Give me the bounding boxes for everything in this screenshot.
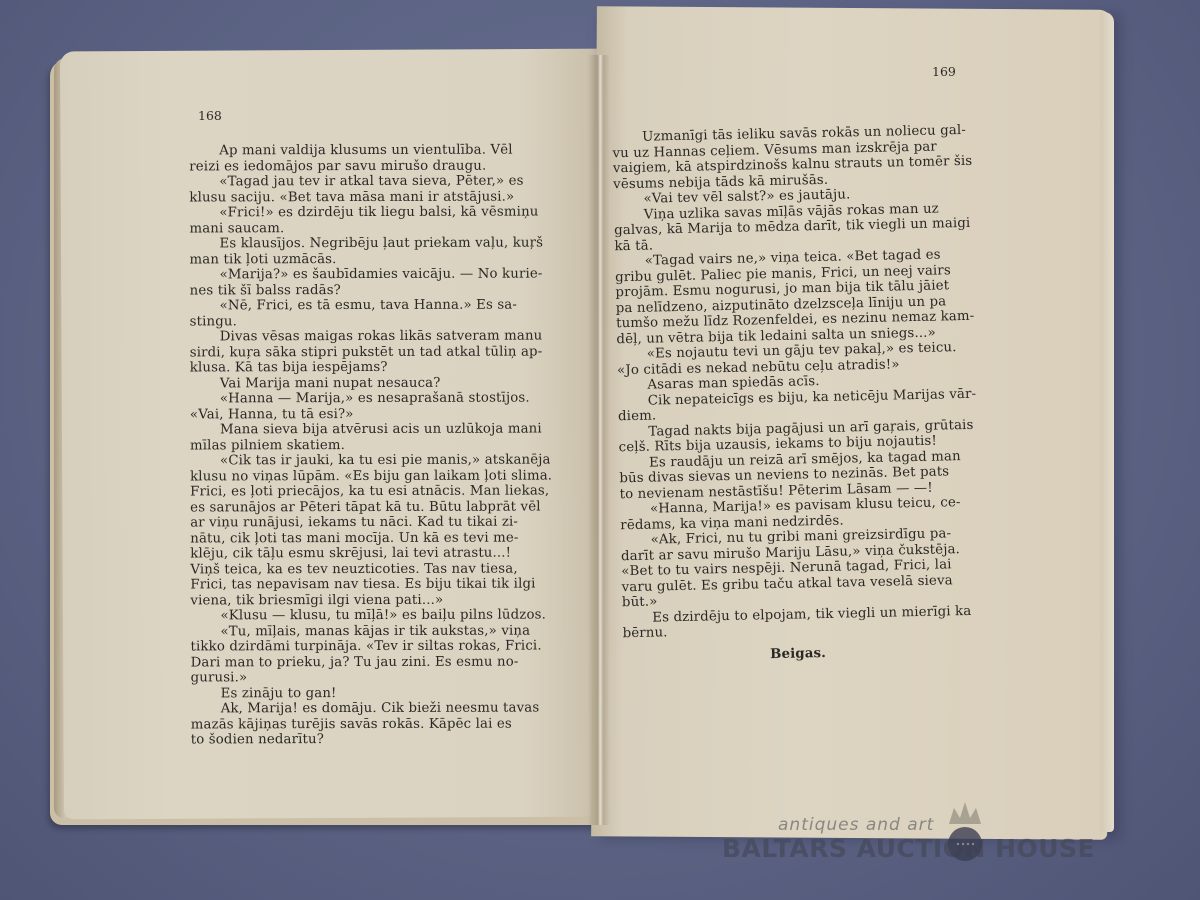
watermark-tagline: antiques and art: [778, 815, 934, 835]
left-page-number: 168: [198, 108, 222, 123]
text-line: Frici, es ļoti priecājos, ka tu esi atnā…: [190, 484, 530, 500]
text-line: «Cik tas ir jauki, ka tu esi pie manis,»…: [190, 453, 530, 469]
text-line: «Hanna — Marija,» es nesaprašanā stostīj…: [190, 391, 530, 407]
open-book: 168 169 Ap mani valdija klusums un vient…: [0, 0, 1200, 900]
text-line: nes tik šī balss radās?: [190, 282, 530, 298]
text-line: Es zināju to gan!: [191, 685, 531, 701]
text-line: mani saucam.: [189, 220, 529, 236]
crown-logo-icon: [946, 800, 984, 862]
text-line: Dari man to prieku, ja? Tu jau zini. Es …: [191, 654, 531, 670]
watermark-name: BALTARS AUCTION HOUSE: [722, 834, 1095, 863]
book-gutter: [588, 55, 610, 825]
right-page-number: 169: [932, 64, 956, 79]
text-line: viena, tik briesmīgi ilgi viena pati...»: [190, 592, 530, 608]
text-line: man tik ļoti uzmācās.: [189, 251, 529, 267]
text-line: mazās kājiņas turējis savās rokās. Kāpēc…: [191, 716, 531, 732]
text-line: Frici, tas nepavisam nav tiesa. Es biju …: [190, 577, 530, 593]
text-line: tikko dzirdāmi turpināja. «Tev ir siltas…: [191, 639, 531, 655]
text-line: ar viņu runājusi, iekams tu nāci. Kad tu…: [190, 515, 530, 531]
text-line: stingu.: [190, 313, 530, 329]
text-line: Es klausījos. Negribēju ļaut priekam vaļ…: [189, 236, 529, 252]
text-line: «Tagad jau tev ir atkal tava sieva, Pēte…: [189, 174, 529, 190]
text-line: klusu saciju. «Bet tava māsa mani ir ats…: [189, 189, 529, 205]
text-line: Viņš teica, ka es tev neuzticoties. Tas …: [190, 561, 530, 577]
text-line: «Frici!» es dzirdēju tik liegu balsi, kā…: [189, 205, 529, 221]
text-line: Vai Marija mani nupat nesauca?: [190, 375, 530, 391]
left-page-text: Ap mani valdija klusums un vientulība. V…: [189, 143, 531, 748]
text-line: gurusi.»: [191, 670, 531, 686]
text-line: «Tu, mīļais, manas kājas ir tik aukstas,…: [190, 623, 530, 639]
text-line: klusa. Kā tas bija iespējams?: [190, 360, 530, 376]
right-page-edge: [1100, 12, 1114, 832]
text-line: «Klusu — klusu, tu mīļā!» es baiļu pilns…: [190, 608, 530, 624]
text-line: Ak, Marija! es domāju. Cik bieži neesmu …: [191, 701, 531, 717]
text-line: mīlas pilniem skatiem.: [190, 437, 530, 453]
text-line: nātu, cik ļoti tas mani mocīja. Un kā es…: [190, 530, 530, 546]
text-line: Mana sieva bija atvērusi acis un uzlūkoj…: [190, 422, 530, 438]
text-line: reizi es iedomājos par savu mirušo draug…: [189, 158, 529, 174]
text-line: «Vai, Hanna, tu tā esi?»: [190, 406, 530, 422]
text-line: «Marija?» es šaubīdamies vaicāju. — No k…: [190, 267, 530, 283]
right-page-text: Uzmanīgi tās ieliku savās rokās un nolie…: [612, 123, 973, 665]
text-line: Ap mani valdija klusums un vientulība. V…: [189, 143, 529, 159]
text-line: to šodien nedarītu?: [191, 732, 531, 748]
text-line: Divas vēsas maigas rokas likās satveram …: [190, 329, 530, 345]
text-line: «Nē, Frici, es tā esmu, tava Hanna.» Es …: [190, 298, 530, 314]
text-line: es sarunājos ar Pēteri tāpat kā tu. Būtu…: [190, 499, 530, 515]
text-line: klēju, cik tāļu esmu skrējusi, lai tevi …: [190, 546, 530, 562]
text-line: sirdi, kuŗa sāka stipri pukstēt un tad a…: [190, 344, 530, 360]
text-line: klusu no viņas lūpām. «Es biju gan laika…: [190, 468, 530, 484]
